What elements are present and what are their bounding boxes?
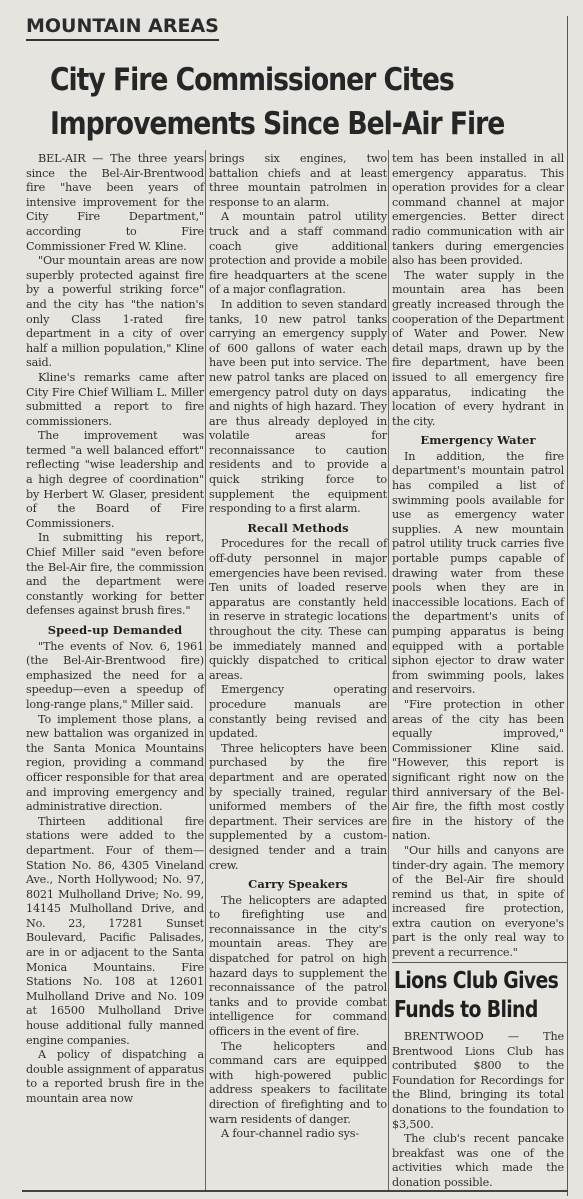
paragraph: Emergency operating procedure manuals ar… <box>209 683 387 741</box>
paragraph: In addition to seven standard tanks, 10 … <box>209 298 387 517</box>
subhead: Carry Speakers <box>209 877 387 892</box>
paragraph: Kline's remarks came after City Fire Chi… <box>26 371 204 429</box>
headline: City Fire Commissioner Cites Improvement… <box>50 58 497 146</box>
paragraph: In submitting his report, Chief Miller s… <box>26 531 204 619</box>
paragraph: In addition, the fire department's mount… <box>392 450 564 698</box>
headline-line-1: City Fire Commissioner Cites <box>50 58 497 102</box>
paragraph: "Our mountain areas are now superbly pro… <box>26 254 204 371</box>
paragraph: Three helicopters have been purchased by… <box>209 742 387 873</box>
paragraph: Procedures for the recall of off-duty pe… <box>209 537 387 683</box>
sidebar-paragraph: BRENTWOOD — The Brentwood Lions Club has… <box>392 1030 564 1132</box>
paragraph: The improvement was termed "a well balan… <box>26 429 204 531</box>
sidebar-paragraph: The club's recent pancake breakfast was … <box>392 1132 564 1190</box>
paragraph: "Fire protection in other areas of the c… <box>392 698 564 844</box>
paragraph: BEL-AIR — The three years since the Bel-… <box>26 152 204 254</box>
paragraph: Thirteen additional fire stations were a… <box>26 815 204 1049</box>
subhead: Emergency Water <box>392 433 564 448</box>
paragraph: brings six engines, two battalion chiefs… <box>209 152 387 210</box>
headline-line-2: Improvements Since Bel-Air Fire <box>50 102 497 146</box>
paragraph: "The events of Nov. 6, 1961 (the Bel-Air… <box>26 640 204 713</box>
paragraph: A policy of dispatching a double assignm… <box>26 1048 204 1106</box>
paragraph: A mountain patrol utility truck and a st… <box>209 210 387 298</box>
paragraph: tem has been installed in all emergency … <box>392 152 564 269</box>
paragraph: The helicopters and command cars are equ… <box>209 1040 387 1128</box>
paragraph: A four-channel radio sys- <box>209 1127 387 1142</box>
subhead: Speed-up Demanded <box>26 623 204 638</box>
sidebar-headline-line-1: Lions Club Gives <box>394 967 574 996</box>
page-bottom-rule <box>22 1190 568 1192</box>
paragraph: The water supply in the mountain area ha… <box>392 269 564 430</box>
story-divider <box>392 962 567 963</box>
sidebar-headline-line-2: Funds to Blind <box>394 996 574 1025</box>
newspaper-page: MOUNTAIN AREAS City Fire Commissioner Ci… <box>0 0 583 1199</box>
column-rule-1 <box>205 150 206 1190</box>
paragraph: "Our hills and canyons are tinder-dry ag… <box>392 844 564 961</box>
section-label: MOUNTAIN AREAS <box>26 14 219 41</box>
sidebar-story-body: BRENTWOOD — The Brentwood Lions Club has… <box>392 1030 564 1191</box>
paragraph: The helicopters are adapted to firefight… <box>209 894 387 1040</box>
article-column-1: BEL-AIR — The three years since the Bel-… <box>26 152 204 1107</box>
article-column-3: tem has been installed in all emergency … <box>392 152 564 961</box>
paragraph: To implement those plans, a new battalio… <box>26 713 204 815</box>
sidebar-headline: Lions Club Gives Funds to Blind <box>394 967 574 1025</box>
column-rule-2 <box>388 150 389 1190</box>
article-column-2: brings six engines, two battalion chiefs… <box>209 152 387 1142</box>
subhead: Recall Methods <box>209 521 387 536</box>
